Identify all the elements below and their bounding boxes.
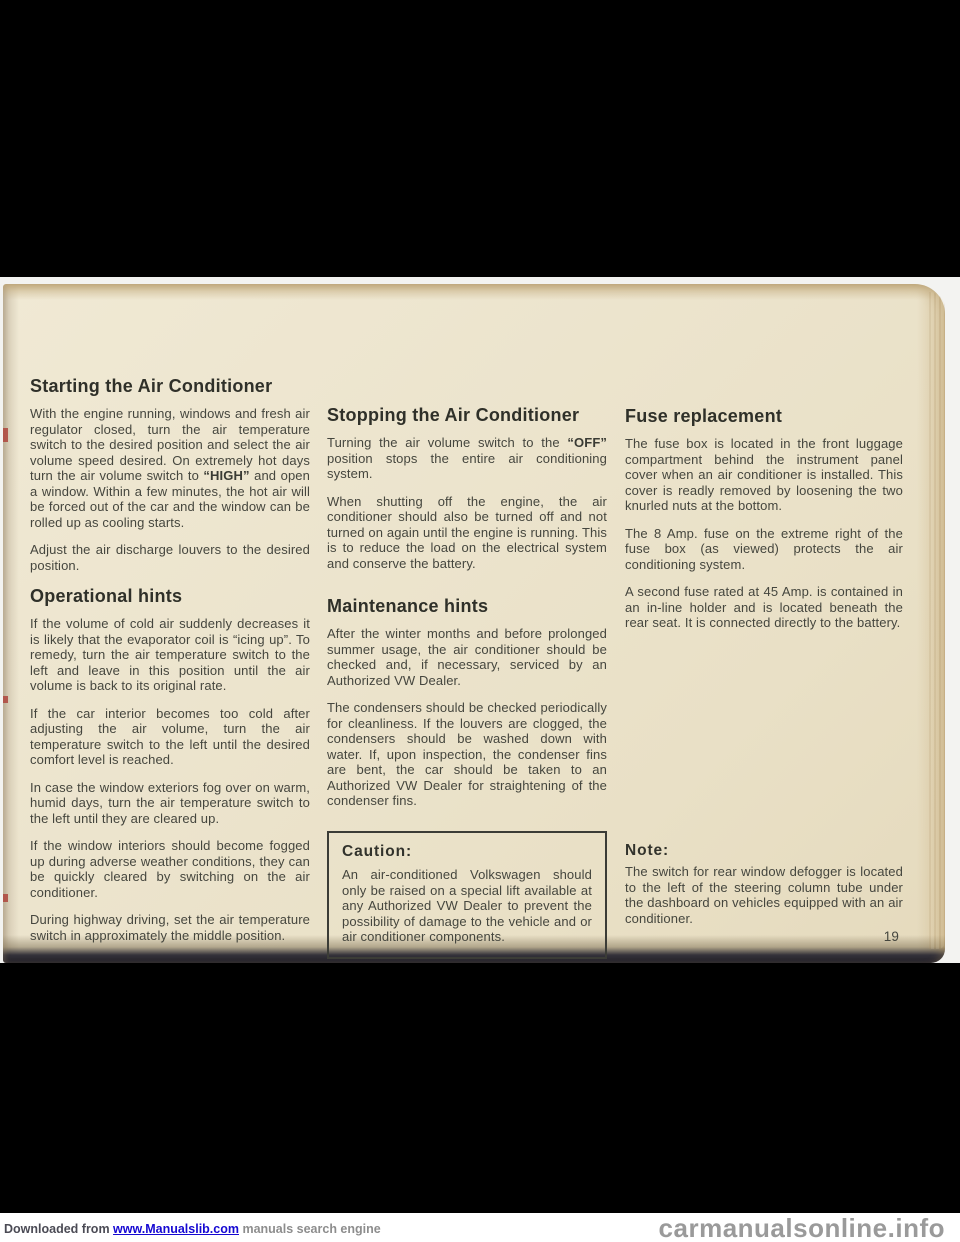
paragraph: After the winter months and before prolo…: [327, 626, 607, 688]
note-body: The switch for rear window defogger is l…: [625, 864, 903, 926]
binding-mark: [3, 428, 8, 442]
top-black-band: [0, 0, 960, 277]
watermark-suffix: manuals search engine: [239, 1222, 381, 1236]
section-heading-operational-hints: Operational hints: [30, 585, 310, 607]
manualslib-link[interactable]: www.Manualslib.com: [113, 1222, 239, 1236]
column-right: Fuse replacement The fuse box is located…: [625, 405, 903, 945]
column-left: Starting the Air Conditioner With the en…: [30, 375, 310, 955]
paragraph: Turning the air volume switch to the “OF…: [327, 435, 607, 482]
caution-box: Caution: An air-conditioned Volkswagen s…: [327, 831, 607, 959]
section-heading-starting: Starting the Air Conditioner: [30, 375, 310, 397]
paragraph: In case the window exteriors fog over on…: [30, 780, 310, 827]
binding-mark: [3, 696, 8, 703]
bottom-black-band: [0, 963, 960, 1213]
paragraph: A second fuse rated at 45 Amp. is contai…: [625, 584, 903, 631]
section-heading-fuse-replacement: Fuse replacement: [625, 405, 903, 427]
paragraph-text: Turning the air volume switch to the: [327, 435, 567, 450]
paragraph: The condensers should be checked periodi…: [327, 700, 607, 809]
paragraph: The fuse box is located in the front lug…: [625, 436, 903, 514]
caution-title: Caution:: [342, 844, 592, 860]
paragraph: If the window interiors should become fo…: [30, 838, 310, 900]
caution-body: An air-conditioned Volkswagen should onl…: [342, 867, 592, 945]
section-heading-stopping: Stopping the Air Conditioner: [327, 404, 607, 426]
bold-off: “OFF”: [567, 435, 607, 450]
screenshot-root: { "page": { "number": "19", "col1": { "h…: [0, 0, 960, 1242]
binding-mark: [3, 894, 8, 902]
paragraph: During highway driving, set the air temp…: [30, 912, 310, 943]
watermark-prefix: Downloaded from: [4, 1222, 113, 1236]
page-number: 19: [625, 929, 903, 945]
paragraph: Adjust the air discharge louvers to the …: [30, 542, 310, 573]
page-stack-edge: [929, 292, 945, 949]
book-page: Starting the Air Conditioner With the en…: [3, 284, 945, 963]
paragraph: When shutting off the engine, the air co…: [327, 494, 607, 572]
manualslib-watermark: Downloaded from www.Manualslib.com manua…: [4, 1222, 381, 1236]
watermark-bar: Downloaded from www.Manualslib.com manua…: [0, 1213, 960, 1242]
bold-high: “HIGH”: [203, 468, 249, 483]
carmanualsonline-watermark: carmanualsonline.info: [659, 1214, 945, 1242]
paragraph-text: position stops the entire air conditioni…: [327, 451, 607, 482]
paragraph: If the car interior becomes too cold aft…: [30, 706, 310, 768]
paragraph: If the volume of cold air suddenly decre…: [30, 616, 310, 694]
paragraph: With the engine running, windows and fre…: [30, 406, 310, 530]
paragraph: The 8 Amp. fuse on the extreme right of …: [625, 526, 903, 573]
column-middle: Stopping the Air Conditioner Turning the…: [327, 404, 607, 959]
note-title: Note:: [625, 843, 903, 859]
section-heading-maintenance-hints: Maintenance hints: [327, 595, 607, 617]
